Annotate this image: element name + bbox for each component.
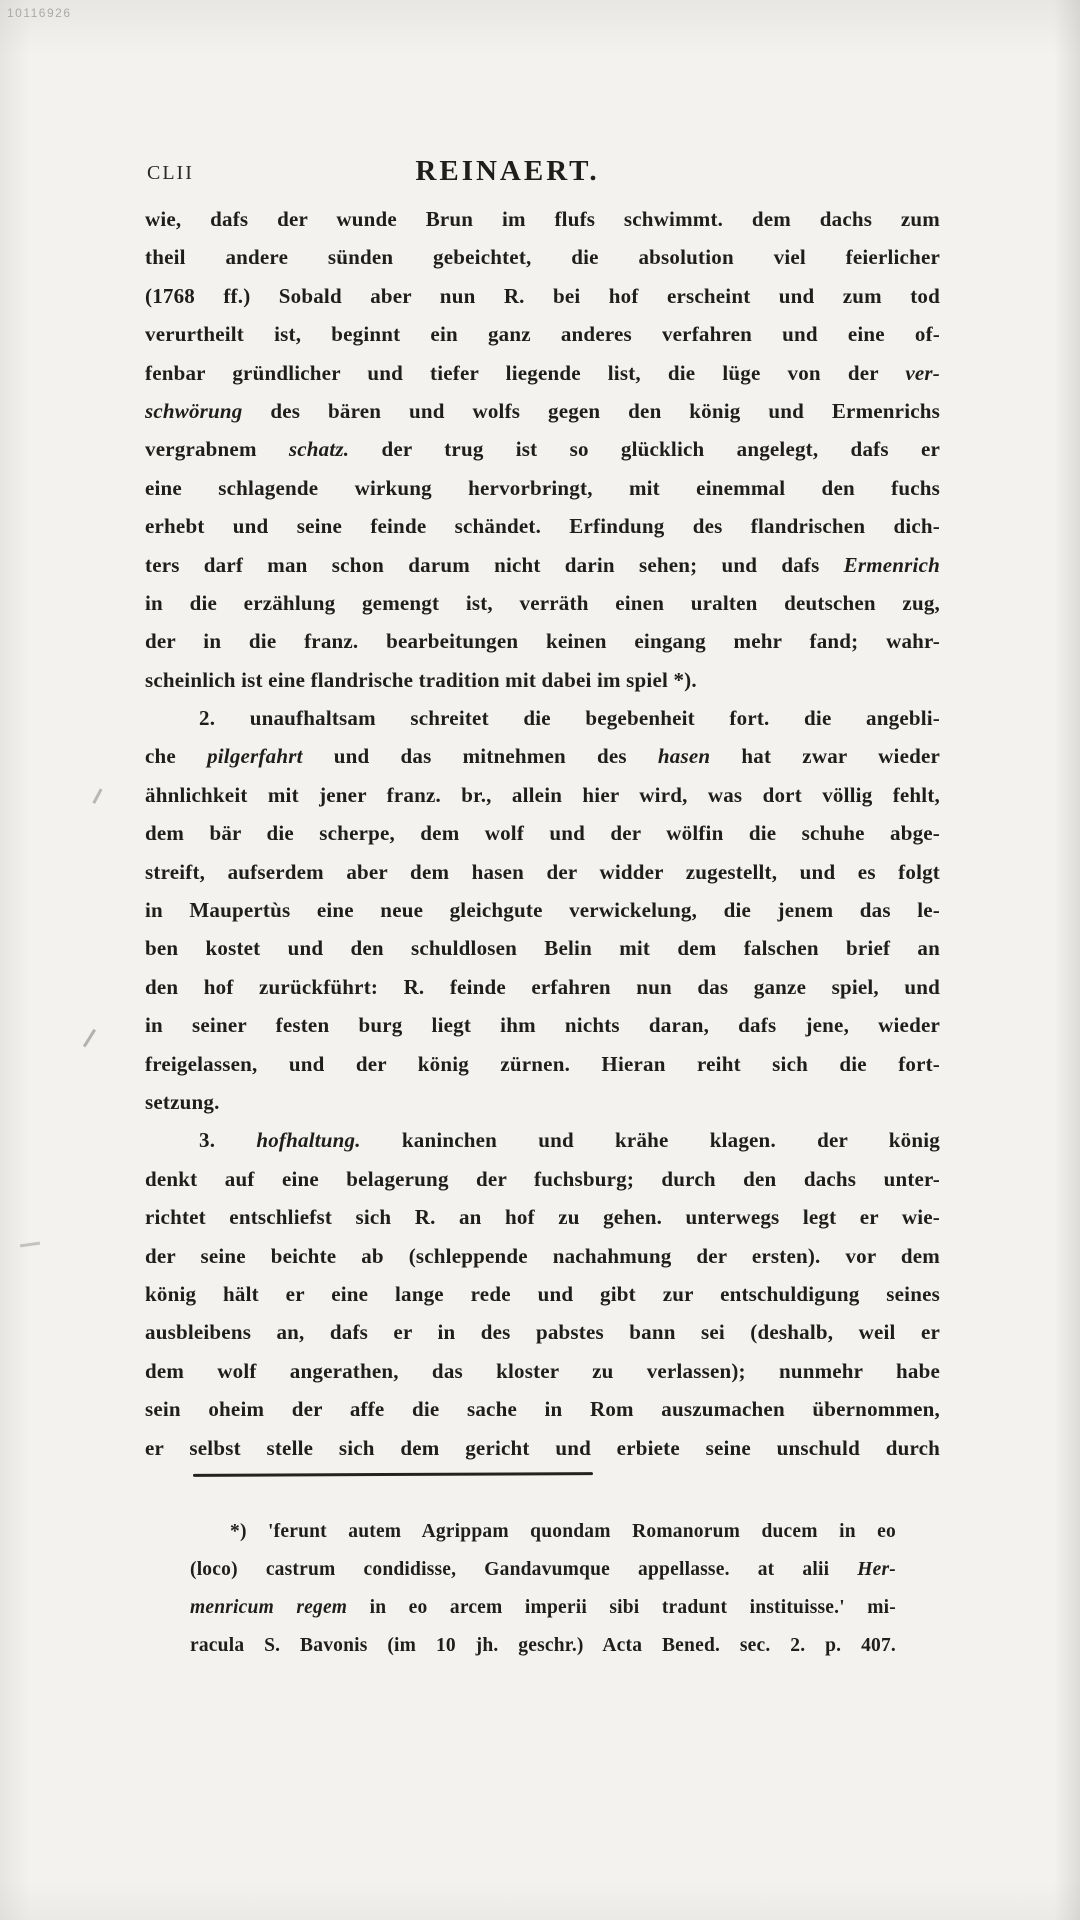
text-segment: fenbar gründlicher und tiefer liegende l…	[145, 361, 905, 385]
text-line: vergrabnem schatz. der trug ist so glück…	[145, 430, 940, 468]
text-line: racula S. Bavonis (im 10 jh. geschr.) Ac…	[190, 1627, 896, 1665]
text-segment: in die erzählung gemengt ist, verräth ei…	[145, 591, 940, 615]
text-segment: kaninchen und krähe klagen. der könig	[361, 1128, 940, 1152]
text-segment: ters darf man schon darum nicht darin se…	[145, 553, 844, 577]
text-line: eine schlagende wirkung hervorbringt, mi…	[145, 469, 940, 507]
text-line: in seiner festen burg liegt ihm nichts d…	[145, 1006, 940, 1044]
text-segment: Ermenrich	[844, 553, 940, 577]
text-line: er selbst stelle sich dem gericht und er…	[145, 1429, 940, 1467]
text-segment: denkt auf eine belagerung der fuchsburg;…	[145, 1167, 940, 1191]
text-segment: ben kostet und den schuldlosen Belin mit…	[145, 936, 940, 960]
text-line: *) 'ferunt autem Agrippam quondam Romano…	[190, 1513, 896, 1551]
text-segment: dem wolf angerathen, das kloster zu verl…	[145, 1359, 940, 1383]
footnote-rule	[193, 1472, 593, 1477]
text-segment: in seiner festen burg liegt ihm nichts d…	[145, 1013, 940, 1037]
text-line: fenbar gründlicher und tiefer liegende l…	[145, 354, 940, 392]
text-segment: ausbleibens an, dafs er in des pabstes b…	[145, 1320, 940, 1344]
text-line: ters darf man schon darum nicht darin se…	[145, 546, 940, 584]
text-segment: in eo arcem imperii sibi tradunt institu…	[347, 1597, 896, 1618]
text-segment: verurtheilt ist, beginnt ein ganz andere…	[145, 322, 940, 346]
text-line: theil andere sünden gebeichtet, die abso…	[145, 238, 940, 276]
text-segment: che	[145, 744, 207, 768]
text-segment: streift, aufserdem aber dem hasen der wi…	[145, 860, 940, 884]
text-segment: er selbst stelle sich dem gericht und er…	[145, 1436, 940, 1460]
text-line: erhebt und seine feinde schändet. Erfind…	[145, 507, 940, 545]
text-line: in Maupertùs eine neue gleichgute verwic…	[145, 891, 940, 929]
text-segment: sein oheim der affe die sache in Rom aus…	[145, 1397, 940, 1421]
text-line: richtet entschliefst sich R. an hof zu g…	[145, 1198, 940, 1236]
text-line: (1768 ff.) Sobald aber nun R. bei hof er…	[145, 277, 940, 315]
text-line: in die erzählung gemengt ist, verräth ei…	[145, 584, 940, 622]
text-line: der in die franz. bearbeitungen keinen e…	[145, 622, 940, 660]
text-segment: wie, dafs der wunde Brun im flufs schwim…	[145, 207, 940, 231]
text-line: dem bär die scherpe, dem wolf und der wö…	[145, 814, 940, 852]
text-segment: pilgerfahrt	[207, 744, 303, 768]
text-line: setzung.	[145, 1083, 940, 1121]
text-segment: 2. unaufhaltsam schreitet die begebenhei…	[199, 706, 940, 730]
text-line: dem wolf angerathen, das kloster zu verl…	[145, 1352, 940, 1390]
text-segment: dem bär die scherpe, dem wolf und der wö…	[145, 821, 940, 845]
text-segment: richtet entschliefst sich R. an hof zu g…	[145, 1205, 940, 1229]
scanned-book-page: 10116926 CLII REINAERT. wie, dafs der wu…	[0, 0, 1080, 1920]
text-segment: setzung.	[145, 1090, 220, 1114]
text-segment: den hof zurückführt: R. feinde erfahren …	[145, 975, 940, 999]
text-segment: theil andere sünden gebeichtet, die abso…	[145, 245, 940, 269]
text-segment: der in die franz. bearbeitungen keinen e…	[145, 629, 940, 653]
text-segment: racula S. Bavonis (im 10 jh. geschr.) Ac…	[190, 1635, 896, 1656]
text-segment: *) 'ferunt autem Agrippam quondam Romano…	[230, 1521, 896, 1542]
text-segment: erhebt und seine feinde schändet. Erfind…	[145, 514, 940, 538]
running-title: REINAERT.	[145, 155, 870, 188]
text-line: sein oheim der affe die sache in Rom aus…	[145, 1390, 940, 1428]
text-segment: (1768 ff.) Sobald aber nun R. bei hof er…	[145, 284, 940, 308]
text-segment: der trug ist so glücklich angelegt, dafs…	[349, 437, 940, 461]
text-segment: 3.	[199, 1128, 256, 1152]
text-line: denkt auf eine belagerung der fuchsburg;…	[145, 1160, 940, 1198]
text-segment: vergrabnem	[145, 437, 289, 461]
text-line: scheinlich ist eine flandrische traditio…	[145, 661, 940, 699]
text-line: der seine beichte ab (schleppende nachah…	[145, 1237, 940, 1275]
footnote-text: *) 'ferunt autem Agrippam quondam Romano…	[190, 1513, 896, 1665]
text-line: den hof zurückführt: R. feinde erfahren …	[145, 968, 940, 1006]
text-segment: hofhaltung.	[256, 1128, 360, 1152]
text-line: ausbleibens an, dafs er in des pabstes b…	[145, 1313, 940, 1351]
text-line: 2. unaufhaltsam schreitet die begebenhei…	[145, 699, 940, 737]
text-segment: des bären und wolfs gegen den könig und …	[243, 399, 940, 423]
text-segment: ähnlichkeit mit jener franz. br., allein…	[145, 783, 940, 807]
text-line: ähnlichkeit mit jener franz. br., allein…	[145, 776, 940, 814]
text-segment: Her-	[857, 1559, 896, 1580]
text-line: menricum regem in eo arcem imperii sibi …	[190, 1589, 896, 1627]
text-line: schwörung des bären und wolfs gegen den …	[145, 392, 940, 430]
text-segment: und das mitnehmen des	[303, 744, 658, 768]
text-line: streift, aufserdem aber dem hasen der wi…	[145, 853, 940, 891]
text-line: verurtheilt ist, beginnt ein ganz andere…	[145, 315, 940, 353]
text-line: wie, dafs der wunde Brun im flufs schwim…	[145, 200, 940, 238]
text-segment: menricum regem	[190, 1597, 347, 1618]
text-line: könig hält er eine lange rede und gibt z…	[145, 1275, 940, 1313]
text-segment: eine schlagende wirkung hervorbringt, mi…	[145, 476, 940, 500]
text-segment: könig hält er eine lange rede und gibt z…	[145, 1282, 940, 1306]
text-segment: hat zwar wieder	[710, 744, 940, 768]
text-segment: in Maupertùs eine neue gleichgute verwic…	[145, 898, 940, 922]
text-line: freigelassen, und der könig zürnen. Hier…	[145, 1045, 940, 1083]
page-header: CLII REINAERT.	[145, 146, 940, 188]
scan-artifact	[92, 788, 102, 803]
text-segment: schatz.	[289, 437, 349, 461]
text-segment: scheinlich ist eine flandrische traditio…	[145, 668, 697, 692]
text-line: 3. hofhaltung. kaninchen und krähe klage…	[145, 1121, 940, 1159]
scan-artifact	[20, 1242, 40, 1248]
scan-id-number: 10116926	[7, 6, 72, 20]
text-segment: freigelassen, und der könig zürnen. Hier…	[145, 1052, 940, 1076]
text-segment: (loco) castrum condidisse, Gandavumque a…	[190, 1559, 857, 1580]
scan-artifact	[83, 1029, 96, 1047]
text-line: (loco) castrum condidisse, Gandavumque a…	[190, 1551, 896, 1589]
text-segment: hasen	[658, 744, 710, 768]
text-line: ben kostet und den schuldlosen Belin mit…	[145, 929, 940, 967]
text-segment: ver-	[905, 361, 940, 385]
body-text: wie, dafs der wunde Brun im flufs schwim…	[145, 200, 940, 1467]
text-segment: schwörung	[145, 399, 243, 423]
text-segment: der seine beichte ab (schleppende nachah…	[145, 1244, 940, 1268]
text-line: che pilgerfahrt und das mitnehmen des ha…	[145, 737, 940, 775]
